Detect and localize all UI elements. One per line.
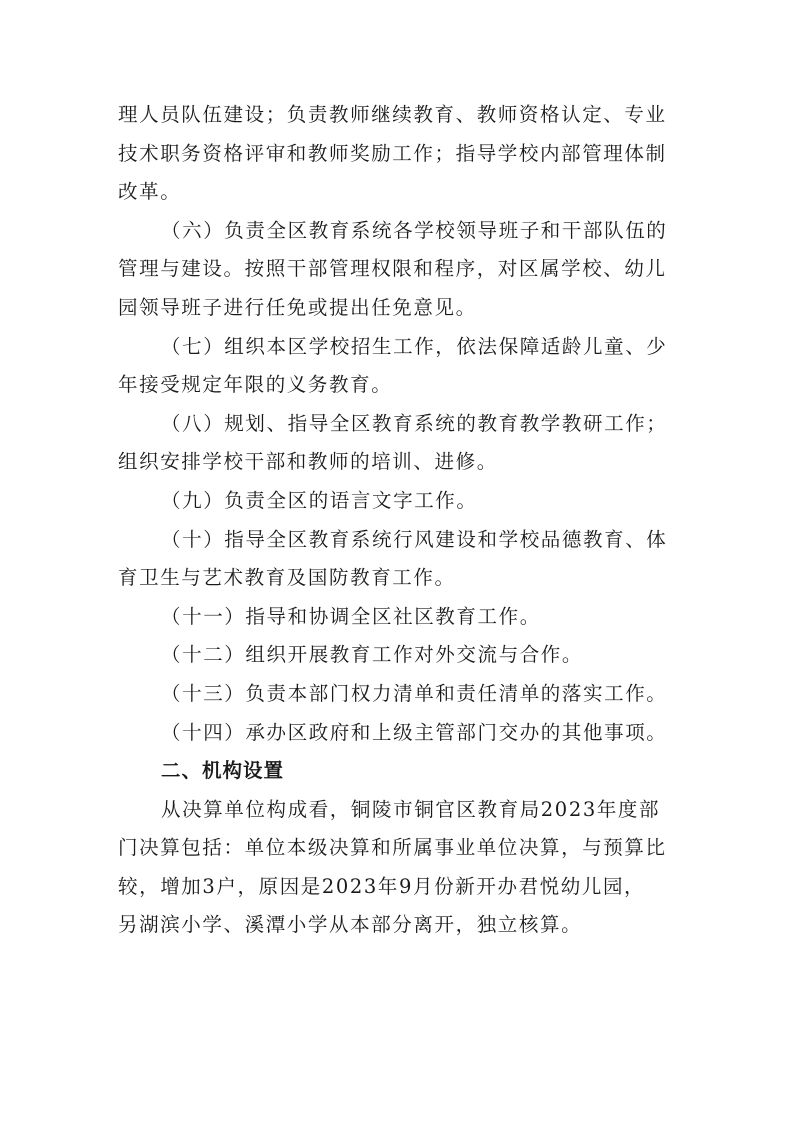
paragraph-org-structure: 从决算单位构成看，铜陵市铜官区教育局2023年度部 门决算包括：单位本级决算和所… <box>118 791 678 945</box>
paragraph-item-10: （十）指导全区教育系统行风建设和学校品德教育、体 育卫生与艺术教育及国防教育工作… <box>118 521 678 598</box>
text-line: （八）规划、指导全区教育系统的教育教学教研工作； <box>118 405 678 444</box>
paragraph-item-9: （九）负责全区的语言文字工作。 <box>118 482 678 521</box>
paragraph-item-8: （八）规划、指导全区教育系统的教育教学教研工作； 组织安排学校干部和教师的培训、… <box>118 405 678 482</box>
text-line: （九）负责全区的语言文字工作。 <box>118 482 678 521</box>
paragraph-item-14: （十四）承办区政府和上级主管部门交办的其他事项。 <box>118 714 678 753</box>
text-line: （十四）承办区政府和上级主管部门交办的其他事项。 <box>118 714 678 753</box>
text-line: 管理与建设。按照干部管理权限和程序，对区属学校、幼儿 <box>118 250 678 289</box>
paragraph-item-7: （七）组织本区学校招生工作，依法保障适龄儿童、少 年接受规定年限的义务教育。 <box>118 328 678 405</box>
text-line: 年接受规定年限的义务教育。 <box>118 366 678 405</box>
text-line: 另湖滨小学、溪潭小学从本部分离开，独立核算。 <box>118 906 678 945</box>
paragraph-item-12: （十二）组织开展教育工作对外交流与合作。 <box>118 636 678 675</box>
text-line: （十二）组织开展教育工作对外交流与合作。 <box>118 636 678 675</box>
paragraph-item-11: （十一）指导和协调全区社区教育工作。 <box>118 598 678 637</box>
text-line: 改革。 <box>118 173 678 212</box>
text-line: 园领导班子进行任免或提出任免意见。 <box>118 289 678 328</box>
paragraph-item-6: （六）负责全区教育系统各学校领导班子和干部队伍的 管理与建设。按照干部管理权限和… <box>118 212 678 328</box>
text-line: （七）组织本区学校招生工作，依法保障适龄儿童、少 <box>118 328 678 367</box>
text-line: 从决算单位构成看，铜陵市铜官区教育局2023年度部 <box>118 791 678 830</box>
paragraph-item-13: （十三）负责本部门权力清单和责任清单的落实工作。 <box>118 675 678 714</box>
text-line: 较，增加3户，原因是2023年9月份新开办君悦幼儿园， <box>118 868 678 907</box>
paragraph-continuation: 理人员队伍建设；负责教师继续教育、教师资格认定、专业 技术职务资格评审和教师奖励… <box>118 96 678 212</box>
text-line: 技术职务资格评审和教师奖励工作；指导学校内部管理体制 <box>118 135 678 174</box>
text-line: （十）指导全区教育系统行风建设和学校品德教育、体 <box>118 521 678 560</box>
text-line: （十三）负责本部门权力清单和责任清单的落实工作。 <box>118 675 678 714</box>
text-line: （十一）指导和协调全区社区教育工作。 <box>118 598 678 637</box>
text-line: 理人员队伍建设；负责教师继续教育、教师资格认定、专业 <box>118 96 678 135</box>
section-heading: 二、机构设置 <box>118 752 678 791</box>
text-line: 门决算包括：单位本级决算和所属事业单位决算，与预算比 <box>118 829 678 868</box>
text-line: 育卫生与艺术教育及国防教育工作。 <box>118 559 678 598</box>
heading-text: 二、机构设置 <box>118 752 678 791</box>
text-line: （六）负责全区教育系统各学校领导班子和干部队伍的 <box>118 212 678 251</box>
text-line: 组织安排学校干部和教师的培训、进修。 <box>118 443 678 482</box>
document-page: 理人员队伍建设；负责教师继续教育、教师资格认定、专业 技术职务资格评审和教师奖励… <box>118 96 678 945</box>
